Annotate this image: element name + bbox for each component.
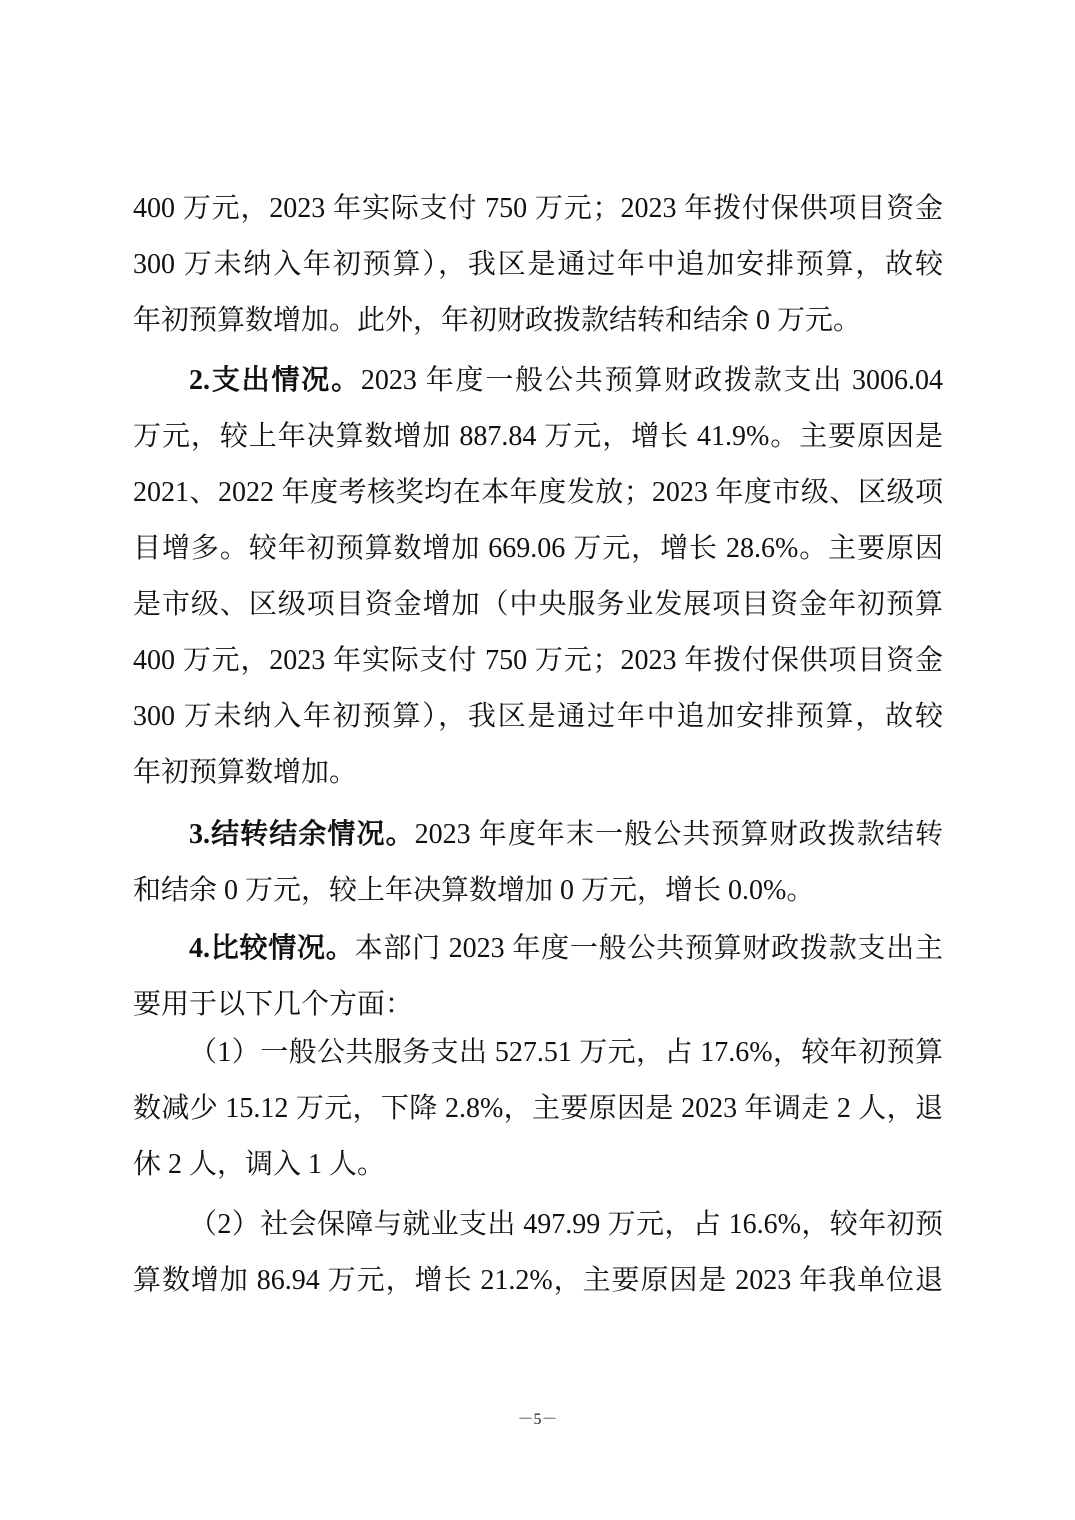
paragraph-line: 300 万未纳入年初预算），我区是通过年中追加安排预算，故较 — [133, 248, 943, 282]
paragraph-line: 要用于以下几个方面： — [133, 988, 943, 1022]
paragraph-line: 年初预算数增加。 — [133, 756, 943, 790]
paragraph-line: 目增多。较年初预算数增加 669.06 万元，增长 28.6%。主要原因 — [133, 532, 943, 566]
paragraph-line: 休 2 人，调入 1 人。 — [133, 1148, 943, 1182]
paragraph-line: 万元，较上年决算数增加 887.84 万元，增长 41.9%。主要原因是 — [133, 420, 943, 454]
paragraph-line: 年初预算数增加。此外，年初财政拨款结转和结余 0 万元。 — [133, 304, 943, 338]
section-2-first-line: 2.支出情况。2023 年度一般公共预算财政拨款支出 3006.04 — [189, 364, 943, 398]
paragraph-line: 是市级、区级项目资金增加（中央服务业发展项目资金年初预算 — [133, 588, 943, 622]
section-heading: 4.比较情况。 — [189, 933, 355, 964]
list-item-1-first-line: （1）一般公共服务支出 527.51 万元，占 17.6%，较年初预算 — [189, 1036, 943, 1070]
paragraph-line: 400 万元，2023 年实际支付 750 万元；2023 年拨付保供项目资金 — [133, 192, 943, 226]
page-number: －5－ — [0, 1410, 1075, 1430]
document-page: 400 万元，2023 年实际支付 750 万元；2023 年拨付保供项目资金 … — [0, 0, 1075, 1520]
paragraph-text: 2023 年度一般公共预算财政拨款支出 3006.04 — [361, 365, 943, 396]
paragraph-line: 2021、2022 年度考核奖均在本年度发放；2023 年度市级、区级项 — [133, 476, 943, 510]
section-4-first-line: 4.比较情况。本部门 2023 年度一般公共预算财政拨款支出主 — [189, 932, 943, 966]
paragraph-text: 2023 年度年末一般公共预算财政拨款结转 — [415, 819, 943, 850]
paragraph-line: 和结余 0 万元，较上年决算数增加 0 万元，增长 0.0%。 — [133, 874, 943, 908]
paragraph-line: 算数增加 86.94 万元，增长 21.2%，主要原因是 2023 年我单位退 — [133, 1264, 943, 1298]
paragraph-line: 300 万未纳入年初预算），我区是通过年中追加安排预算，故较 — [133, 700, 943, 734]
section-heading: 3.结转结余情况。 — [189, 819, 415, 850]
section-heading: 2.支出情况。 — [189, 365, 361, 396]
list-item-2-first-line: （2）社会保障与就业支出 497.99 万元，占 16.6%，较年初预 — [189, 1208, 943, 1242]
paragraph-line: 数减少 15.12 万元，下降 2.8%，主要原因是 2023 年调走 2 人，… — [133, 1092, 943, 1126]
paragraph-line: 400 万元，2023 年实际支付 750 万元；2023 年拨付保供项目资金 — [133, 644, 943, 678]
paragraph-text: 本部门 2023 年度一般公共预算财政拨款支出主 — [355, 933, 943, 964]
section-3-first-line: 3.结转结余情况。2023 年度年末一般公共预算财政拨款结转 — [189, 818, 943, 852]
